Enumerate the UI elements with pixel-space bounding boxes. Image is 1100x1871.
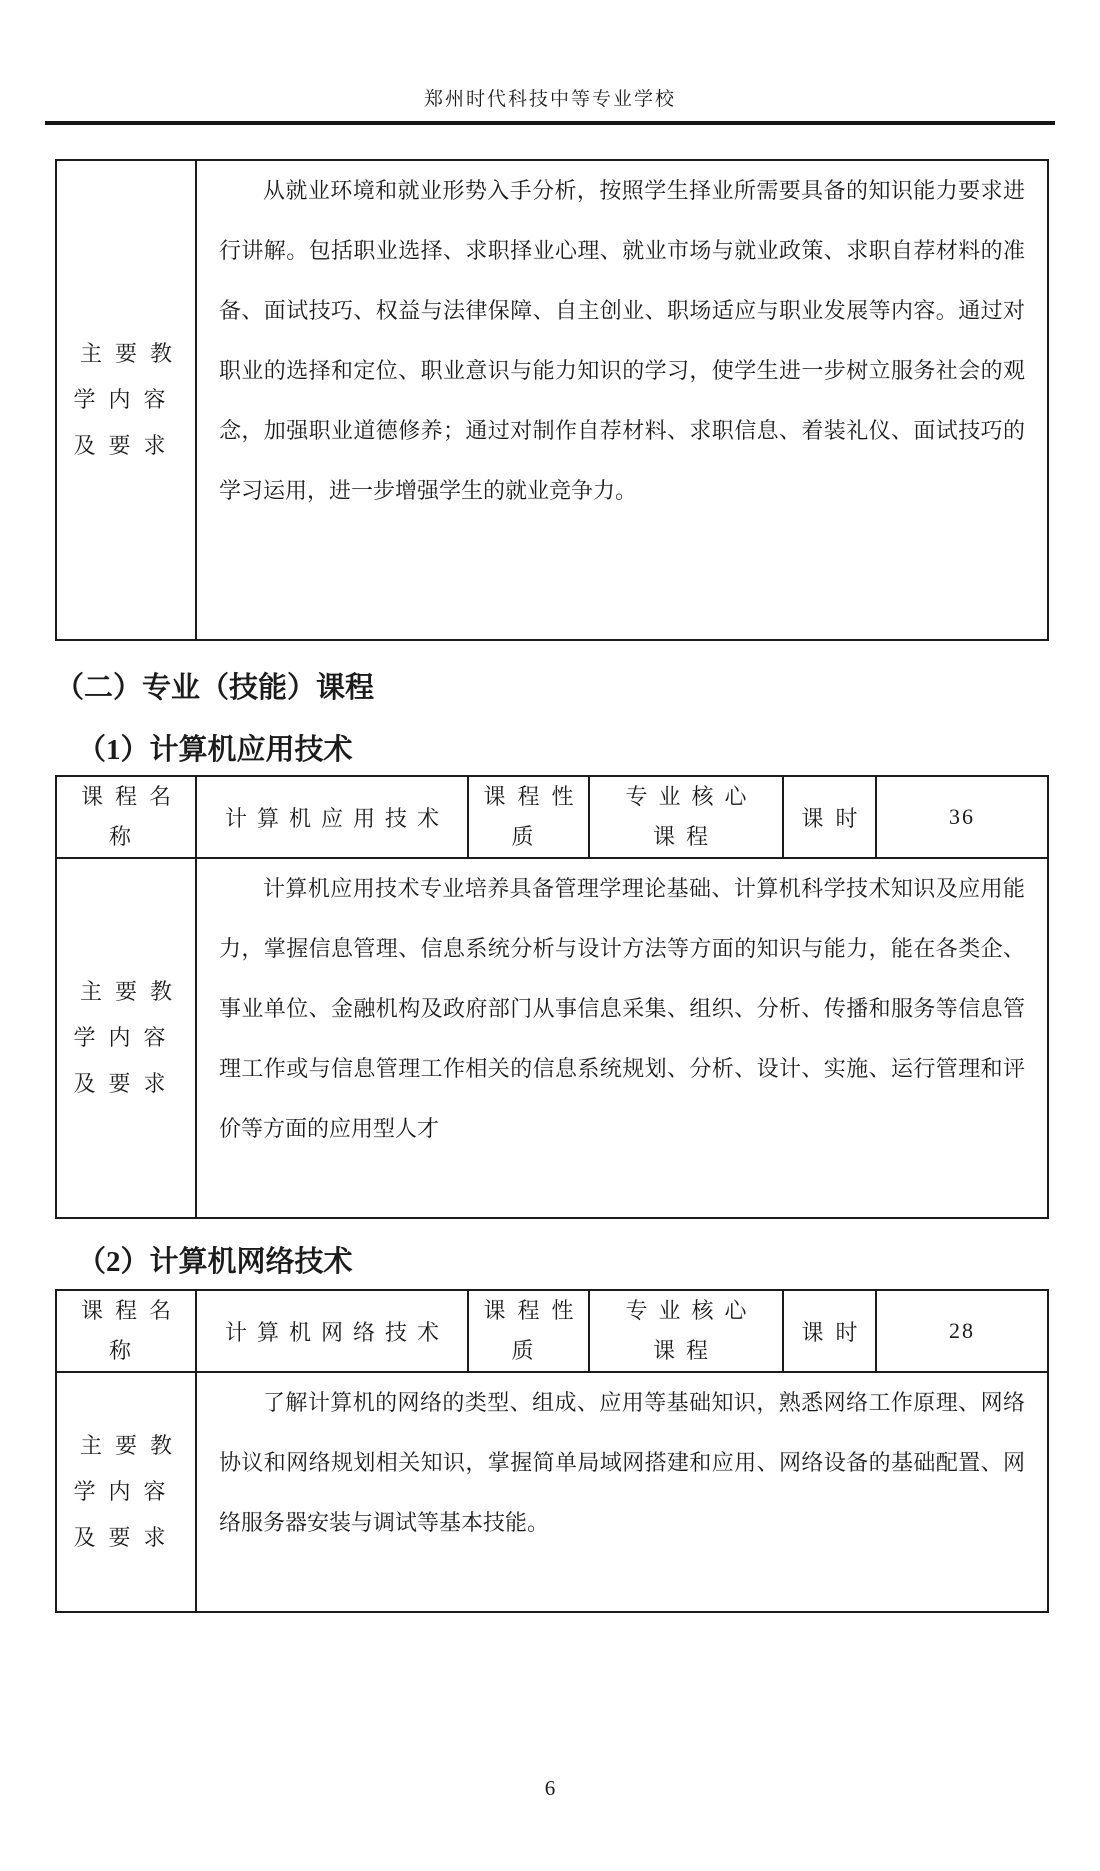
course-nature-value: 专业核心 课程	[589, 1290, 783, 1372]
teaching-content-row-label: 主要教 学内容 及要求	[56, 160, 196, 640]
course-hours-value: 28	[876, 1290, 1048, 1372]
course-name-value: 计算机应用技术	[196, 776, 468, 858]
course-nature-label: 课程性 质	[468, 776, 589, 858]
course-1-table: 课程名 称 计算机应用技术 课程性 质 专业核心 课程 课时 36 主要教 学内…	[55, 775, 1049, 1219]
page-number: 6	[0, 1776, 1100, 1801]
course-1-content-cell: 计算机应用技术专业培养具备管理学理论基础、计算机科学技术知识及应用能力，掌握信息…	[196, 858, 1048, 1218]
course-2-content-cell: 了解计算机的网络的类型、组成、应用等基础知识，熟悉网络工作原理、网络协议和网络规…	[196, 1372, 1048, 1612]
course-name-label: 课程名 称	[56, 776, 196, 858]
course-2-table: 课程名 称 计算机网络技术 课程性 质 专业核心 课程 课时 28 主要教 学内…	[55, 1289, 1049, 1613]
course-nature-label: 课程性 质	[468, 1290, 589, 1372]
course-2-content-text: 了解计算机的网络的类型、组成、应用等基础知识，熟悉网络工作原理、网络协议和网络规…	[219, 1373, 1025, 1553]
course-1-content-text: 计算机应用技术专业培养具备管理学理论基础、计算机科学技术知识及应用能力，掌握信息…	[219, 859, 1025, 1159]
document-page: 郑州时代科技中等专业学校 主要教 学内容 及要求 从就业环境和就业形势入手分析，…	[0, 0, 1100, 1871]
course-content-row-label: 主要教 学内容 及要求	[56, 858, 196, 1218]
page-content: 主要教 学内容 及要求 从就业环境和就业形势入手分析，按照学生择业所需要具备的知…	[55, 159, 1047, 1613]
course-2-heading: （2）计算机网络技术	[77, 1245, 1047, 1279]
school-name: 郑州时代科技中等专业学校	[45, 88, 1055, 112]
course-name-label: 课程名 称	[56, 1290, 196, 1372]
course-1-header-row: 课程名 称 计算机应用技术 课程性 质 专业核心 课程 课时 36	[56, 776, 1048, 858]
course-1-content-row: 主要教 学内容 及要求 计算机应用技术专业培养具备管理学理论基础、计算机科学技术…	[56, 858, 1048, 1218]
course-hours-value: 36	[876, 776, 1048, 858]
section-heading: （二）专业（技能）课程	[55, 671, 1047, 705]
course-hours-label: 课时	[783, 1290, 876, 1372]
page-header: 郑州时代科技中等专业学校	[45, 0, 1055, 125]
teaching-content-table: 主要教 学内容 及要求 从就业环境和就业形势入手分析，按照学生择业所需要具备的知…	[55, 159, 1049, 641]
course-name-value: 计算机网络技术	[196, 1290, 468, 1372]
course-nature-value: 专业核心 课程	[589, 776, 783, 858]
table-row: 主要教 学内容 及要求 从就业环境和就业形势入手分析，按照学生择业所需要具备的知…	[56, 160, 1048, 640]
course-2-header-row: 课程名 称 计算机网络技术 课程性 质 专业核心 课程 课时 28	[56, 1290, 1048, 1372]
course-content-row-label: 主要教 学内容 及要求	[56, 1372, 196, 1612]
course-1-heading: （1）计算机应用技术	[77, 733, 1047, 767]
teaching-content-text: 从就业环境和就业形势入手分析，按照学生择业所需要具备的知识能力要求进行讲解。包括…	[219, 161, 1025, 521]
course-hours-label: 课时	[783, 776, 876, 858]
course-2-content-row: 主要教 学内容 及要求 了解计算机的网络的类型、组成、应用等基础知识，熟悉网络工…	[56, 1372, 1048, 1612]
teaching-content-cell: 从就业环境和就业形势入手分析，按照学生择业所需要具备的知识能力要求进行讲解。包括…	[196, 160, 1048, 640]
